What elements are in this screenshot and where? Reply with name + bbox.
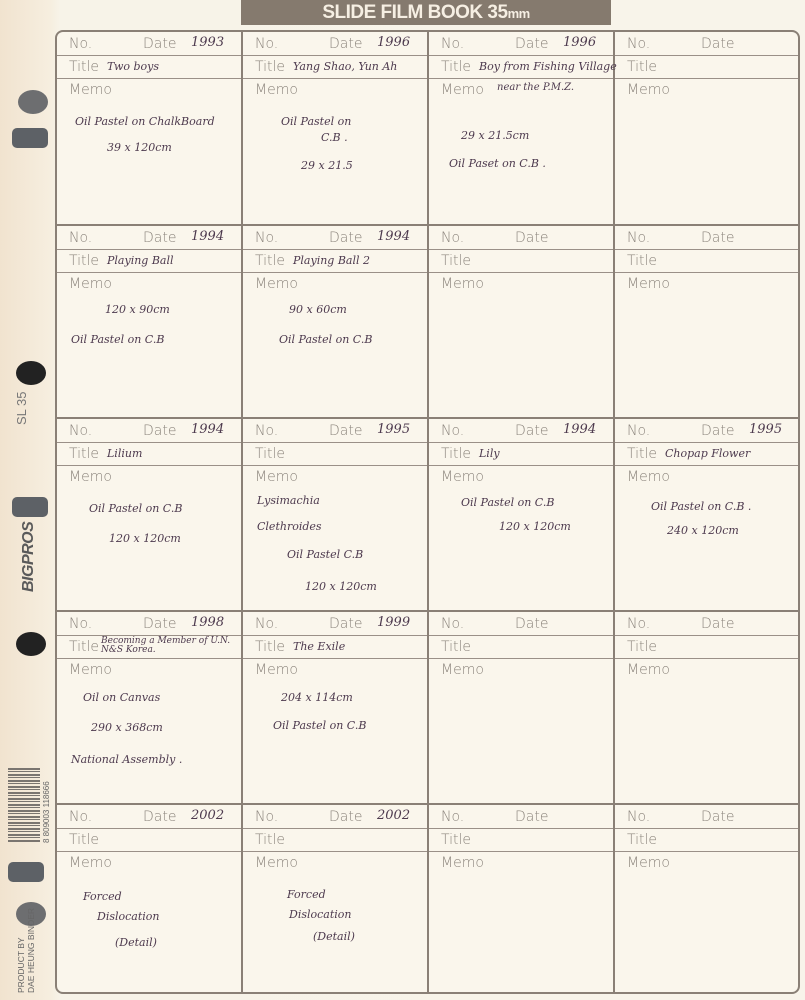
slide-entry: No. Date Title Memo: [615, 612, 798, 805]
date-label: Date: [515, 809, 548, 825]
memo-label: Memo: [69, 855, 112, 871]
slide-entry: No. Date Title Memo: [615, 805, 798, 992]
memo-inline-value: near the P.M.Z.: [497, 82, 574, 93]
title-label: Title: [255, 59, 285, 75]
memo-label: Memo: [441, 662, 484, 678]
date-value[interactable]: 1996: [563, 35, 596, 50]
title-row: Title Two boys: [57, 56, 241, 79]
memo-line: Oil Pastel on C.B: [273, 719, 366, 732]
slide-entry: No. Date Title Memo: [615, 226, 798, 419]
slide-entry: No. Date 1995 Title Chopap Flower Memo O…: [615, 419, 798, 612]
title-row: Title: [429, 829, 613, 852]
memo-area[interactable]: Memo Oil Pastel onC.B .29 x 21.5: [243, 79, 427, 219]
no-date-row: No. Date 1999: [243, 612, 427, 636]
no-label: No.: [627, 230, 650, 246]
date-value[interactable]: 1994: [191, 422, 224, 437]
producer-label: PRODUCT BY DAE HEUNG BINDER: [16, 908, 36, 993]
title-label: Title: [627, 639, 657, 655]
no-date-row: No. Date 2002: [243, 805, 427, 829]
memo-line: Forced: [287, 888, 326, 901]
date-value[interactable]: 1995: [377, 422, 410, 437]
date-label: Date: [701, 809, 734, 825]
title-row: Title: [615, 829, 798, 852]
memo-area[interactable]: Memo 90 x 60cmOil Pastel on C.B: [243, 273, 427, 413]
memo-label: Memo: [627, 276, 670, 292]
memo-line: Oil Pastel on: [281, 115, 351, 128]
memo-line: (Detail): [115, 936, 157, 949]
slide-entry: No. Date Title Memo: [429, 612, 615, 805]
slide-entry: No. Date 1999 Title The Exile Memo 204 x…: [243, 612, 429, 805]
date-label: Date: [329, 616, 362, 632]
date-value[interactable]: 1998: [191, 615, 224, 630]
title-label: Title: [627, 253, 657, 269]
title-row: Title The Exile: [243, 636, 427, 659]
date-label: Date: [143, 230, 176, 246]
title-label: Title: [255, 446, 285, 462]
date-label: Date: [515, 616, 548, 632]
no-label: No.: [255, 616, 278, 632]
no-date-row: No. Date 1994: [57, 419, 241, 443]
no-date-row: No. Date: [615, 612, 798, 636]
slide-entry: No. Date 1994 Title Playing Ball 2 Memo …: [243, 226, 429, 419]
date-label: Date: [515, 36, 548, 52]
title-label: Title: [627, 832, 657, 848]
title-label: Title: [69, 446, 99, 462]
title-row: Title: [615, 250, 798, 273]
date-label: Date: [515, 423, 548, 439]
title-row: Title: [615, 56, 798, 79]
no-label: No.: [441, 36, 464, 52]
memo-label: Memo: [255, 855, 298, 871]
memo-area[interactable]: Memo 204 x 114cmOil Pastel on C.B: [243, 659, 427, 799]
no-label: No.: [255, 423, 278, 439]
date-label: Date: [143, 36, 176, 52]
date-label: Date: [143, 809, 176, 825]
date-label: Date: [701, 616, 734, 632]
barcode-number: 8 809003 118666: [42, 781, 51, 843]
no-date-row: No. Date: [615, 226, 798, 250]
date-value[interactable]: 1996: [377, 35, 410, 50]
no-date-row: No. Date 2002: [57, 805, 241, 829]
memo-label: Memo: [441, 82, 484, 98]
memo-area[interactable]: Memo LysimachiaClethroidesOil Pastel C.B…: [243, 466, 427, 606]
memo-area[interactable]: Memo near the P.M.Z. 29 x 21.5cmOil Pase…: [429, 79, 613, 219]
memo-label: Memo: [441, 855, 484, 871]
memo-area[interactable]: Memo ForcedDislocation(Detail): [243, 852, 427, 992]
no-date-row: No. Date 1993: [57, 32, 241, 56]
no-label: No.: [441, 423, 464, 439]
title-row: Title Boy from Fishing Village: [429, 56, 613, 79]
date-label: Date: [143, 423, 176, 439]
no-label: No.: [255, 809, 278, 825]
memo-line: (Detail): [313, 930, 355, 943]
slide-entry: No. Date 1994 Title Lilium Memo Oil Past…: [57, 419, 243, 612]
title-label: Title: [69, 253, 99, 269]
page-title-unit: mm: [508, 6, 530, 21]
title-label: Title: [255, 253, 285, 269]
no-date-row: No. Date 1996: [243, 32, 427, 56]
slide-entry: No. Date Title Memo: [429, 226, 615, 419]
no-date-row: No. Date 1994: [57, 226, 241, 250]
binder-hole-icon: [16, 361, 46, 385]
title-label: Title: [255, 832, 285, 848]
binder-hole-icon: [18, 90, 48, 114]
no-label: No.: [255, 36, 278, 52]
title-row: Title: [429, 636, 613, 659]
memo-label: Memo: [627, 855, 670, 871]
memo-line: Oil on Canvas: [83, 691, 160, 704]
title-row: Title: [429, 250, 613, 273]
title-row: Title Becoming a Member of U.N. N&S Kore…: [57, 636, 241, 659]
no-date-row: No. Date 1994: [243, 226, 427, 250]
product-code: SL 35: [14, 392, 29, 426]
date-value[interactable]: 2002: [377, 808, 410, 823]
no-label: No.: [441, 616, 464, 632]
memo-label: Memo: [69, 276, 112, 292]
brand-logo: BIGPROS: [20, 522, 38, 592]
memo-label: Memo: [69, 662, 112, 678]
title-row: Title Lilium: [57, 443, 241, 466]
title-row: Title Playing Ball: [57, 250, 241, 273]
no-date-row: No. Date 1998: [57, 612, 241, 636]
tape-icon: [8, 862, 44, 882]
memo-line: 290 x 368cm: [91, 721, 163, 734]
no-label: No.: [627, 809, 650, 825]
date-label: Date: [143, 616, 176, 632]
memo-line: Oil Pastel on C.B: [89, 502, 182, 515]
slide-entry: No. Date 2002 Title Memo ForcedDislocati…: [243, 805, 429, 992]
title-value[interactable]: Becoming a Member of U.N. N&S Korea.: [101, 637, 231, 655]
no-label: No.: [69, 230, 92, 246]
title-value[interactable]: Boy from Fishing Village: [479, 60, 617, 73]
memo-line: Oil Pastel on C.B: [461, 496, 554, 509]
slide-entry: No. Date Title Memo: [429, 805, 615, 992]
no-date-row: No. Date 1995: [243, 419, 427, 443]
no-label: No.: [69, 809, 92, 825]
title-row: Title: [57, 829, 241, 852]
producer-line-1: PRODUCT BY: [16, 908, 26, 993]
date-value[interactable]: 1995: [749, 422, 782, 437]
producer-line-2: DAE HEUNG BINDER: [26, 908, 36, 993]
memo-label: Memo: [441, 469, 484, 485]
memo-line: Oil Pastel C.B: [287, 548, 363, 561]
memo-line: Dislocation: [289, 908, 352, 921]
date-label: Date: [329, 809, 362, 825]
memo-line: 120 x 120cm: [499, 520, 571, 533]
date-value[interactable]: 1993: [191, 35, 224, 50]
memo-line: Forced: [83, 890, 122, 903]
date-value[interactable]: 1994: [563, 422, 596, 437]
slide-entry: No. Date 1994 Title Playing Ball Memo 12…: [57, 226, 243, 419]
memo-label: Memo: [255, 469, 298, 485]
title-value[interactable]: Two boys: [107, 60, 159, 73]
memo-line: Lysimachia: [257, 494, 320, 507]
memo-line: 90 x 60cm: [289, 303, 347, 316]
title-row: Title Playing Ball 2: [243, 250, 427, 273]
title-label: Title: [627, 59, 657, 75]
memo-line: Oil Pastel on C.B: [279, 333, 372, 346]
slide-entry: No. Date 1998 Title Becoming a Member of…: [57, 612, 243, 805]
slide-entry: No. Date 1995 Title Memo LysimachiaCleth…: [243, 419, 429, 612]
memo-label: Memo: [255, 662, 298, 678]
memo-line: Oil Pastel on C.B: [71, 333, 164, 346]
title-label: Title: [441, 59, 471, 75]
slide-entry: No. Date Title Memo: [615, 32, 798, 226]
memo-line: 29 x 21.5: [301, 159, 353, 172]
memo-area[interactable]: Memo: [429, 852, 613, 992]
memo-label: Memo: [627, 469, 670, 485]
tape-icon: [12, 128, 48, 148]
date-label: Date: [329, 423, 362, 439]
memo-area[interactable]: Memo Oil Pastel on C.B .240 x 120cm: [615, 466, 798, 606]
title-row: Title Chopap Flower: [615, 443, 798, 466]
memo-label: Memo: [69, 469, 112, 485]
page-title-text: SLIDE FILM BOOK 35: [322, 2, 507, 23]
slide-film-book-page: SLIDE FILM BOOK 35mm SL 35 BIGPROS 8 809…: [0, 0, 805, 1000]
no-date-row: No. Date: [429, 226, 613, 250]
title-row: Title: [243, 443, 427, 466]
date-value[interactable]: 1994: [191, 229, 224, 244]
no-date-row: No. Date: [429, 612, 613, 636]
memo-line: 39 x 120cm: [107, 141, 172, 154]
memo-line: Oil Paset on C.B .: [449, 157, 546, 170]
memo-label: Memo: [627, 662, 670, 678]
memo-area[interactable]: Memo Oil on Canvas290 x 368cmNational As…: [57, 659, 241, 799]
memo-area[interactable]: Memo ForcedDislocation(Detail): [57, 852, 241, 992]
memo-line: National Assembly .: [71, 753, 182, 766]
memo-area[interactable]: Memo: [429, 659, 613, 799]
no-label: No.: [627, 423, 650, 439]
memo-label: Memo: [441, 276, 484, 292]
tape-icon: [12, 497, 48, 517]
memo-line: 120 x 120cm: [109, 532, 181, 545]
no-date-row: No. Date 1995: [615, 419, 798, 443]
date-label: Date: [701, 230, 734, 246]
date-value[interactable]: 1994: [377, 229, 410, 244]
no-label: No.: [69, 36, 92, 52]
memo-line: Clethroides: [257, 520, 322, 533]
title-value[interactable]: Playing Ball: [107, 254, 174, 267]
memo-area[interactable]: Memo: [429, 273, 613, 413]
no-label: No.: [255, 230, 278, 246]
memo-area[interactable]: Memo: [615, 79, 798, 219]
no-label: No.: [627, 616, 650, 632]
title-label: Title: [69, 639, 99, 655]
memo-area[interactable]: Memo 120 x 90cmOil Pastel on C.B: [57, 273, 241, 413]
title-value[interactable]: Playing Ball 2: [293, 254, 370, 267]
memo-line: 120 x 90cm: [105, 303, 170, 316]
memo-line: Oil Pastel on C.B .: [651, 500, 751, 513]
memo-area[interactable]: Memo Oil Pastel on ChalkBoard39 x 120cm: [57, 79, 241, 219]
slide-entry: No. Date 2002 Title Memo ForcedDislocati…: [57, 805, 243, 992]
memo-line: 240 x 120cm: [667, 524, 739, 537]
title-row: Title: [243, 829, 427, 852]
title-value[interactable]: The Exile: [293, 640, 345, 653]
memo-line: 120 x 120cm: [305, 580, 377, 593]
memo-label: Memo: [255, 276, 298, 292]
slide-entry: No. Date 1994 Title Lily Memo Oil Pastel…: [429, 419, 615, 612]
title-row: Title: [615, 636, 798, 659]
title-label: Title: [69, 59, 99, 75]
date-label: Date: [515, 230, 548, 246]
binder-hole-icon: [16, 632, 46, 656]
page-title: SLIDE FILM BOOK 35mm: [241, 0, 611, 25]
title-value[interactable]: Lilium: [107, 447, 142, 460]
memo-area[interactable]: Memo Oil Pastel on C.B120 x 120cm: [57, 466, 241, 606]
memo-label: Memo: [69, 82, 112, 98]
no-date-row: No. Date: [615, 32, 798, 56]
no-date-row: No. Date 1994: [429, 419, 613, 443]
memo-area[interactable]: Memo: [615, 659, 798, 799]
memo-line: Dislocation: [97, 910, 160, 923]
title-row: Title Yang Shao, Yun Ah: [243, 56, 427, 79]
memo-line: Oil Pastel on ChalkBoard: [75, 115, 215, 128]
date-value[interactable]: 2002: [191, 808, 224, 823]
title-label: Title: [627, 446, 657, 462]
memo-label: Memo: [255, 82, 298, 98]
title-label: Title: [255, 639, 285, 655]
title-label: Title: [441, 446, 471, 462]
memo-line: 204 x 114cm: [281, 691, 353, 704]
title-row: Title Lily: [429, 443, 613, 466]
date-label: Date: [329, 36, 362, 52]
date-label: Date: [701, 423, 734, 439]
no-label: No.: [441, 809, 464, 825]
no-label: No.: [627, 36, 650, 52]
slide-entry: No. Date 1996 Title Boy from Fishing Vil…: [429, 32, 615, 226]
title-label: Title: [441, 253, 471, 269]
no-date-row: No. Date 1996: [429, 32, 613, 56]
no-date-row: No. Date: [615, 805, 798, 829]
title-label: Title: [69, 832, 99, 848]
barcode-icon: [8, 768, 40, 842]
memo-label: Memo: [627, 82, 670, 98]
title-value[interactable]: Lily: [479, 447, 500, 460]
binder-margin: SL 35 BIGPROS 8 809003 118666 PRODUCT BY…: [0, 0, 55, 1000]
date-value[interactable]: 1999: [377, 615, 410, 630]
title-value[interactable]: Yang Shao, Yun Ah: [293, 60, 397, 73]
no-label: No.: [441, 230, 464, 246]
slide-entry: No. Date 1996 Title Yang Shao, Yun Ah Me…: [243, 32, 429, 226]
slide-grid: No. Date 1993 Title Two boys Memo Oil Pa…: [55, 30, 800, 994]
memo-line: 29 x 21.5cm: [461, 129, 529, 142]
date-label: Date: [701, 36, 734, 52]
title-value[interactable]: Chopap Flower: [665, 447, 750, 460]
slide-entry: No. Date 1993 Title Two boys Memo Oil Pa…: [57, 32, 243, 226]
no-label: No.: [69, 423, 92, 439]
title-label: Title: [441, 832, 471, 848]
title-label: Title: [441, 639, 471, 655]
no-label: No.: [69, 616, 92, 632]
memo-line: C.B .: [321, 131, 348, 144]
memo-area[interactable]: Memo: [615, 273, 798, 413]
memo-area[interactable]: Memo Oil Pastel on C.B120 x 120cm: [429, 466, 613, 606]
no-date-row: No. Date: [429, 805, 613, 829]
date-label: Date: [329, 230, 362, 246]
memo-area[interactable]: Memo: [615, 852, 798, 992]
